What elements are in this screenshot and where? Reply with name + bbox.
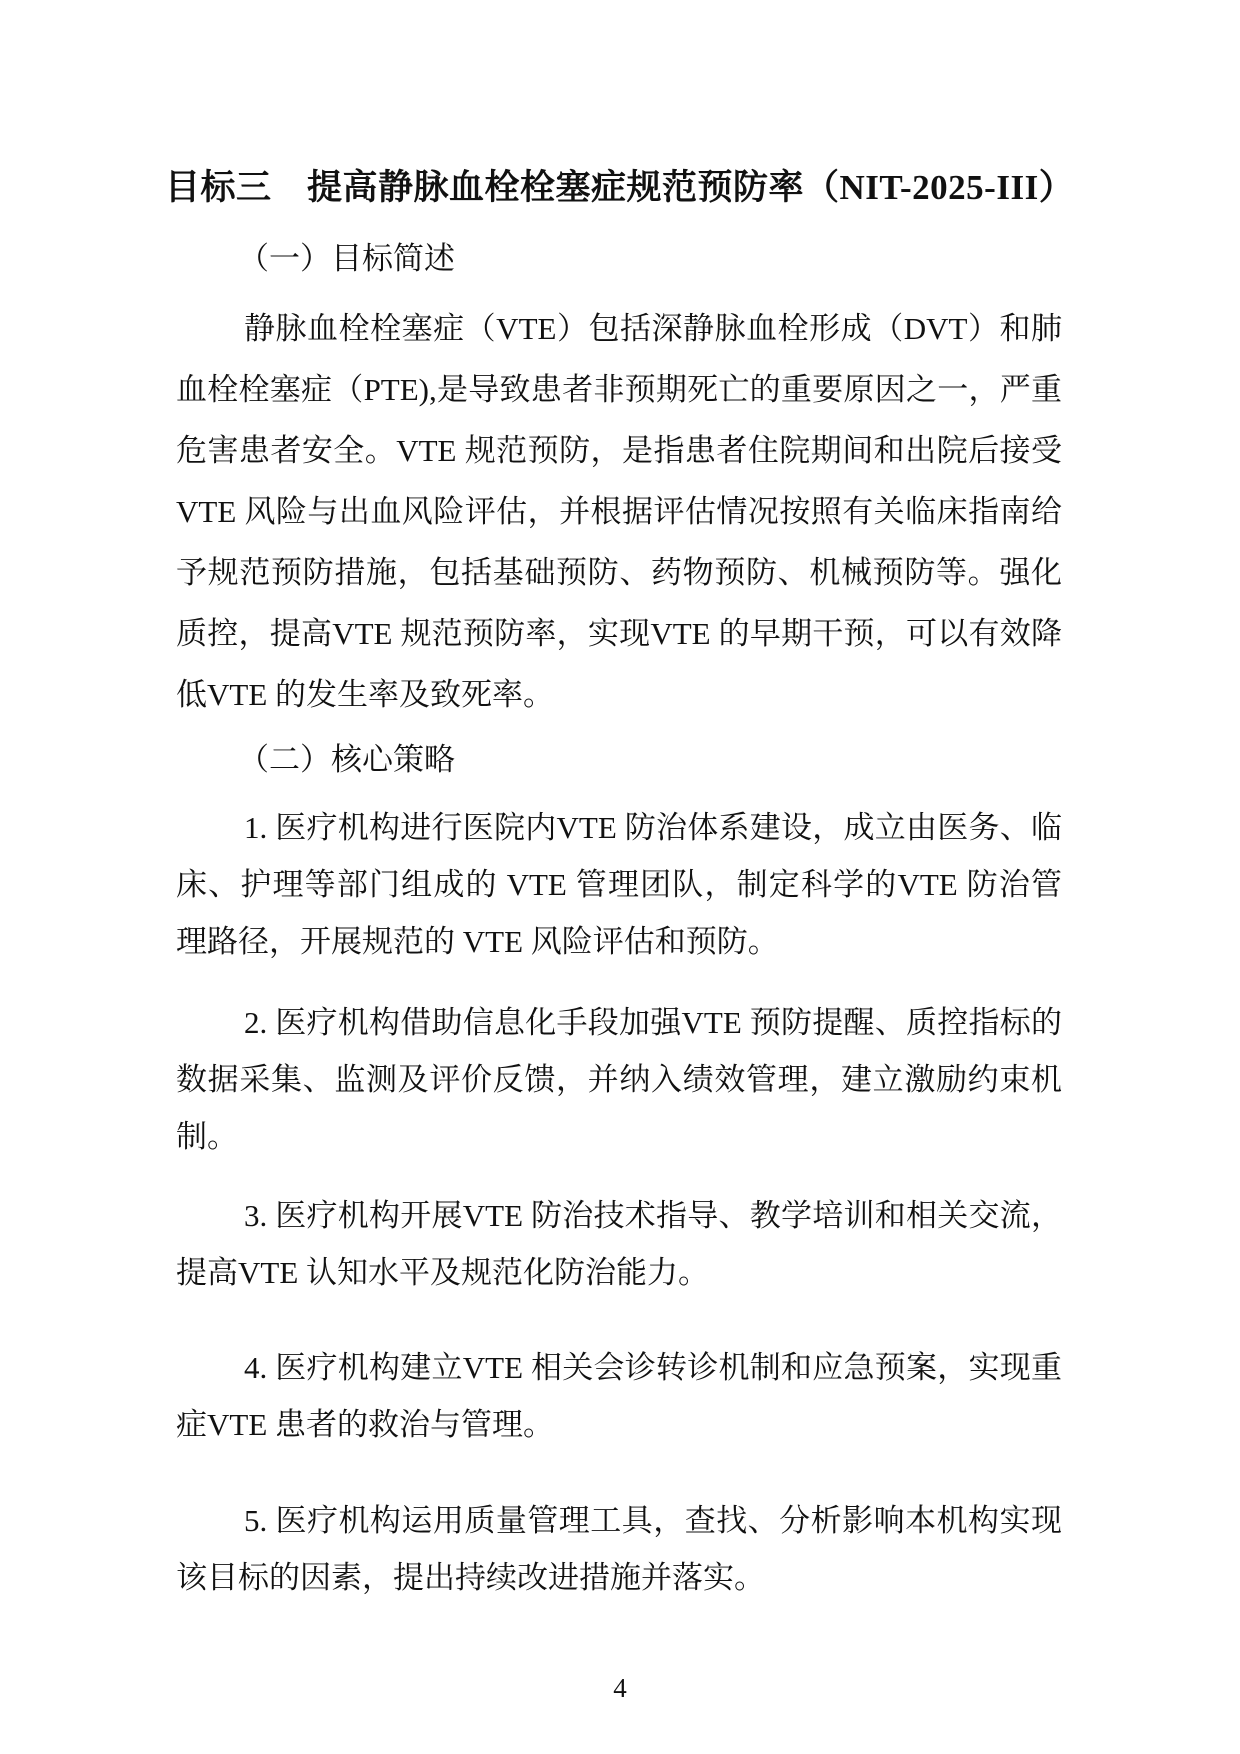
- section-2-heading: （二）核心策略: [176, 737, 1062, 783]
- section-1-paragraph: 静脉血栓栓塞症（VTE）包括深静脉血栓形成（DVT）和肺血栓栓塞症（PTE),是…: [176, 298, 1062, 725]
- strategy-item-2: 2. 医疗机构借助信息化手段加强VTE 预防提醒、质控指标的数据采集、监测及评价…: [176, 994, 1062, 1165]
- strategy-item-3: 3. 医疗机构开展VTE 防治技术指导、教学培训和相关交流，提高VTE 认知水平…: [176, 1187, 1062, 1301]
- document-page: 目标三 提高静脉血栓栓塞症规范预防率（NIT-2025-III） （一）目标简述…: [0, 0, 1240, 1754]
- strategy-item-5: 5. 医疗机构运用质量管理工具，查找、分析影响本机构实现该目标的因素，提出持续改…: [176, 1492, 1062, 1606]
- strategy-item-1: 1. 医疗机构进行医院内VTE 防治体系建设，成立由医务、临床、护理等部门组成的…: [176, 799, 1062, 970]
- page-title: 目标三 提高静脉血栓栓塞症规范预防率（NIT-2025-III）: [165, 164, 1105, 212]
- strategy-item-4: 4. 医疗机构建立VTE 相关会诊转诊机制和应急预案，实现重症VTE 患者的救治…: [176, 1339, 1062, 1453]
- section-1-heading: （一）目标简述: [176, 236, 1062, 282]
- page-number: 4: [0, 1672, 1240, 1704]
